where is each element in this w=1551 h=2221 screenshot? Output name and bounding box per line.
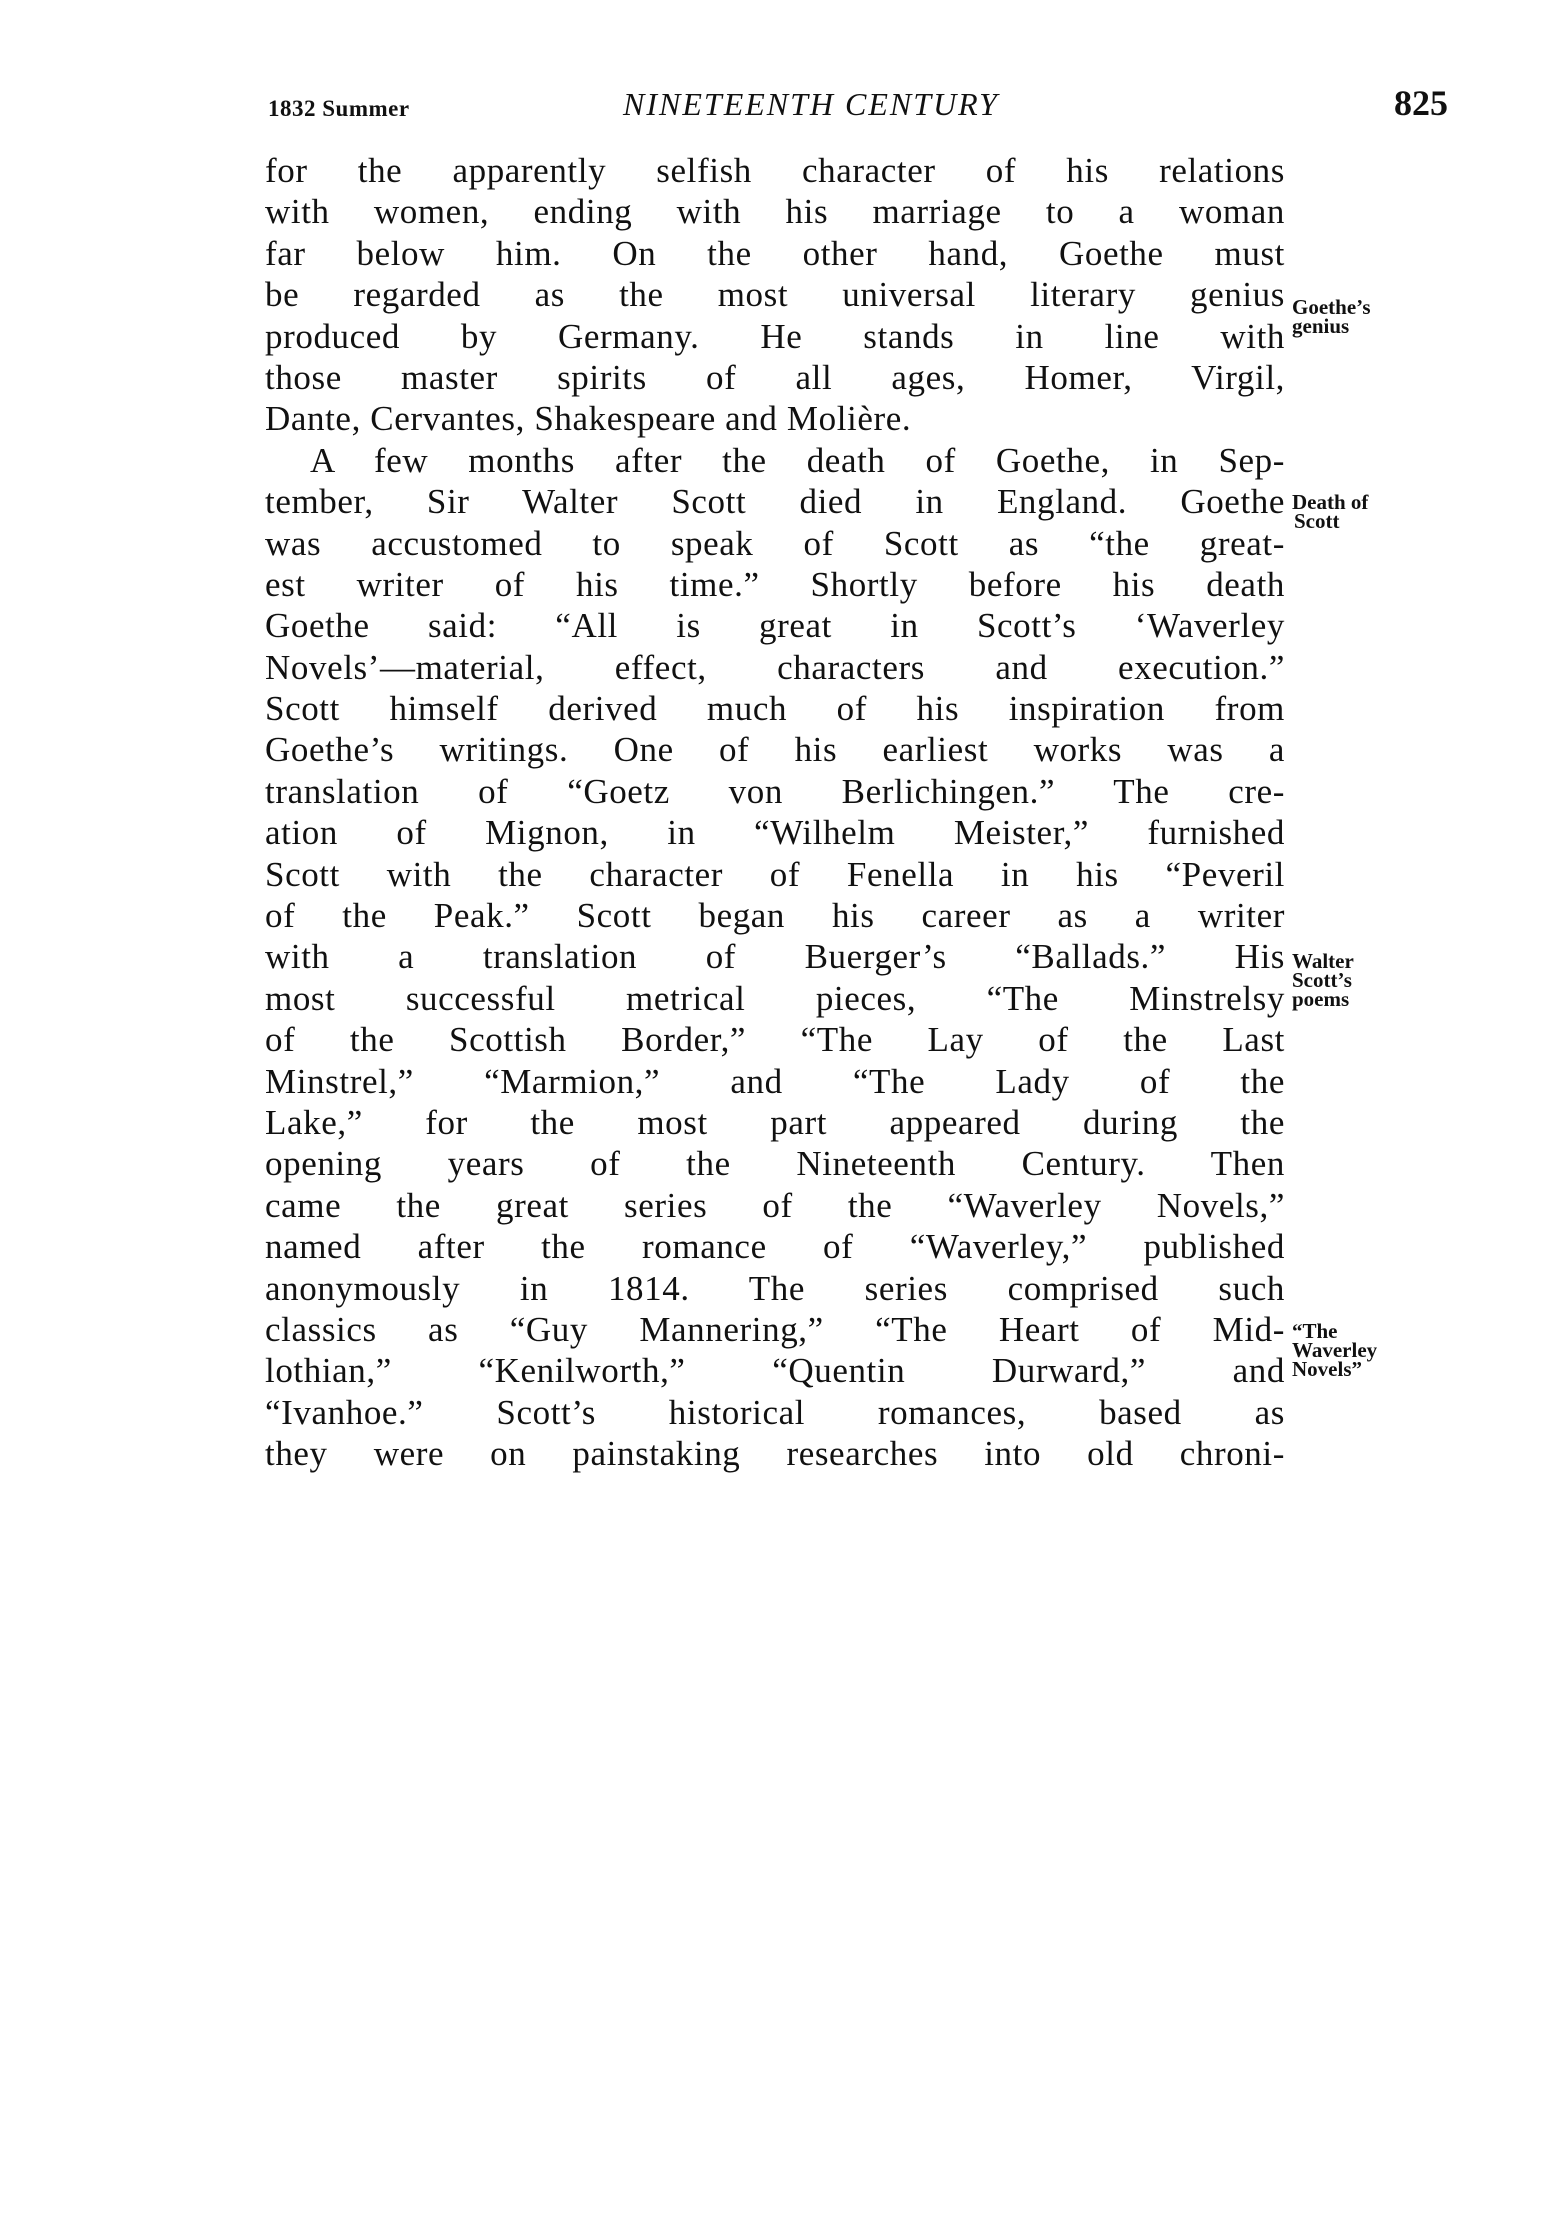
header-title: NINETEENTH CENTURY	[623, 86, 999, 123]
text-line: tember, Sir Walter Scott died in England…	[265, 481, 1285, 522]
text-line: came the great series of the “Waverley N…	[265, 1185, 1285, 1226]
text-line: Dante, Cervantes, Shakespeare and Molièr…	[265, 398, 1285, 439]
text-line: Scott with the character of Fenella in h…	[265, 854, 1285, 895]
text-line: translation of “Goetz von Berlichingen.”…	[265, 771, 1285, 812]
text-line: named after the romance of “Waverley,” p…	[265, 1226, 1285, 1267]
note-line: Novels”	[1292, 1360, 1377, 1379]
margin-note-death-of-scott: Death of Scott	[1292, 493, 1368, 531]
text-line: Novels’—material, effect, characters and…	[265, 647, 1285, 688]
note-line: genius	[1292, 317, 1371, 336]
note-line: poems	[1292, 990, 1354, 1009]
text-line: opening years of the Nineteenth Century.…	[265, 1143, 1285, 1184]
text-line: for the apparently selfish character of …	[265, 150, 1285, 191]
text-line: was accustomed to speak of Scott as “the…	[265, 523, 1285, 564]
text-line: be regarded as the most universal litera…	[265, 274, 1285, 315]
paragraph-start-line: A few months after the death of Goethe, …	[265, 440, 1285, 481]
text-line: those master spirits of all ages, Homer,…	[265, 357, 1285, 398]
note-line: Scott	[1292, 512, 1368, 531]
margin-note-walter-scotts-poems: Walter Scott’s poems	[1292, 952, 1354, 1009]
text-line: produced by Germany. He stands in line w…	[265, 316, 1285, 357]
text-line: with women, ending with his marriage to …	[265, 191, 1285, 232]
header-date: 1832 Summer	[268, 96, 410, 122]
text-line: far below him. On the other hand, Goethe…	[265, 233, 1285, 274]
margin-note-goethes-genius: Goethe’s genius	[1292, 298, 1371, 336]
text-line: most successful metrical pieces, “The Mi…	[265, 978, 1285, 1019]
text-line: est writer of his time.” Shortly before …	[265, 564, 1285, 605]
page-number: 825	[1394, 82, 1448, 124]
text-line: they were on painstaking researches into…	[265, 1433, 1285, 1474]
text-line: Minstrel,” “Marmion,” and “The Lady of t…	[265, 1061, 1285, 1102]
text-line: with a translation of Buerger’s “Ballads…	[265, 936, 1285, 977]
text-line: Lake,” for the most part appeared during…	[265, 1102, 1285, 1143]
text-line: Scott himself derived much of his inspir…	[265, 688, 1285, 729]
text-line: of the Peak.” Scott began his career as …	[265, 895, 1285, 936]
text-line: lothian,” “Kenilworth,” “Quentin Durward…	[265, 1350, 1285, 1391]
text-line: ation of Mignon, in “Wilhelm Meister,” f…	[265, 812, 1285, 853]
text-line: anonymously in 1814. The series comprise…	[265, 1268, 1285, 1309]
running-header: 1832 Summer NINETEENTH CENTURY 825	[268, 82, 1448, 132]
text-line: classics as “Guy Mannering,” “The Heart …	[265, 1309, 1285, 1350]
text-line: Goethe said: “All is great in Scott’s ‘W…	[265, 605, 1285, 646]
margin-note-waverley-novels: “The Waverley Novels”	[1292, 1322, 1377, 1379]
text-line: “Ivanhoe.” Scott’s historical romances, …	[265, 1392, 1285, 1433]
text-line: Goethe’s writings. One of his earliest w…	[265, 729, 1285, 770]
text-line: of the Scottish Border,” “The Lay of the…	[265, 1019, 1285, 1060]
body-text: for the apparently selfish character of …	[265, 150, 1285, 1475]
